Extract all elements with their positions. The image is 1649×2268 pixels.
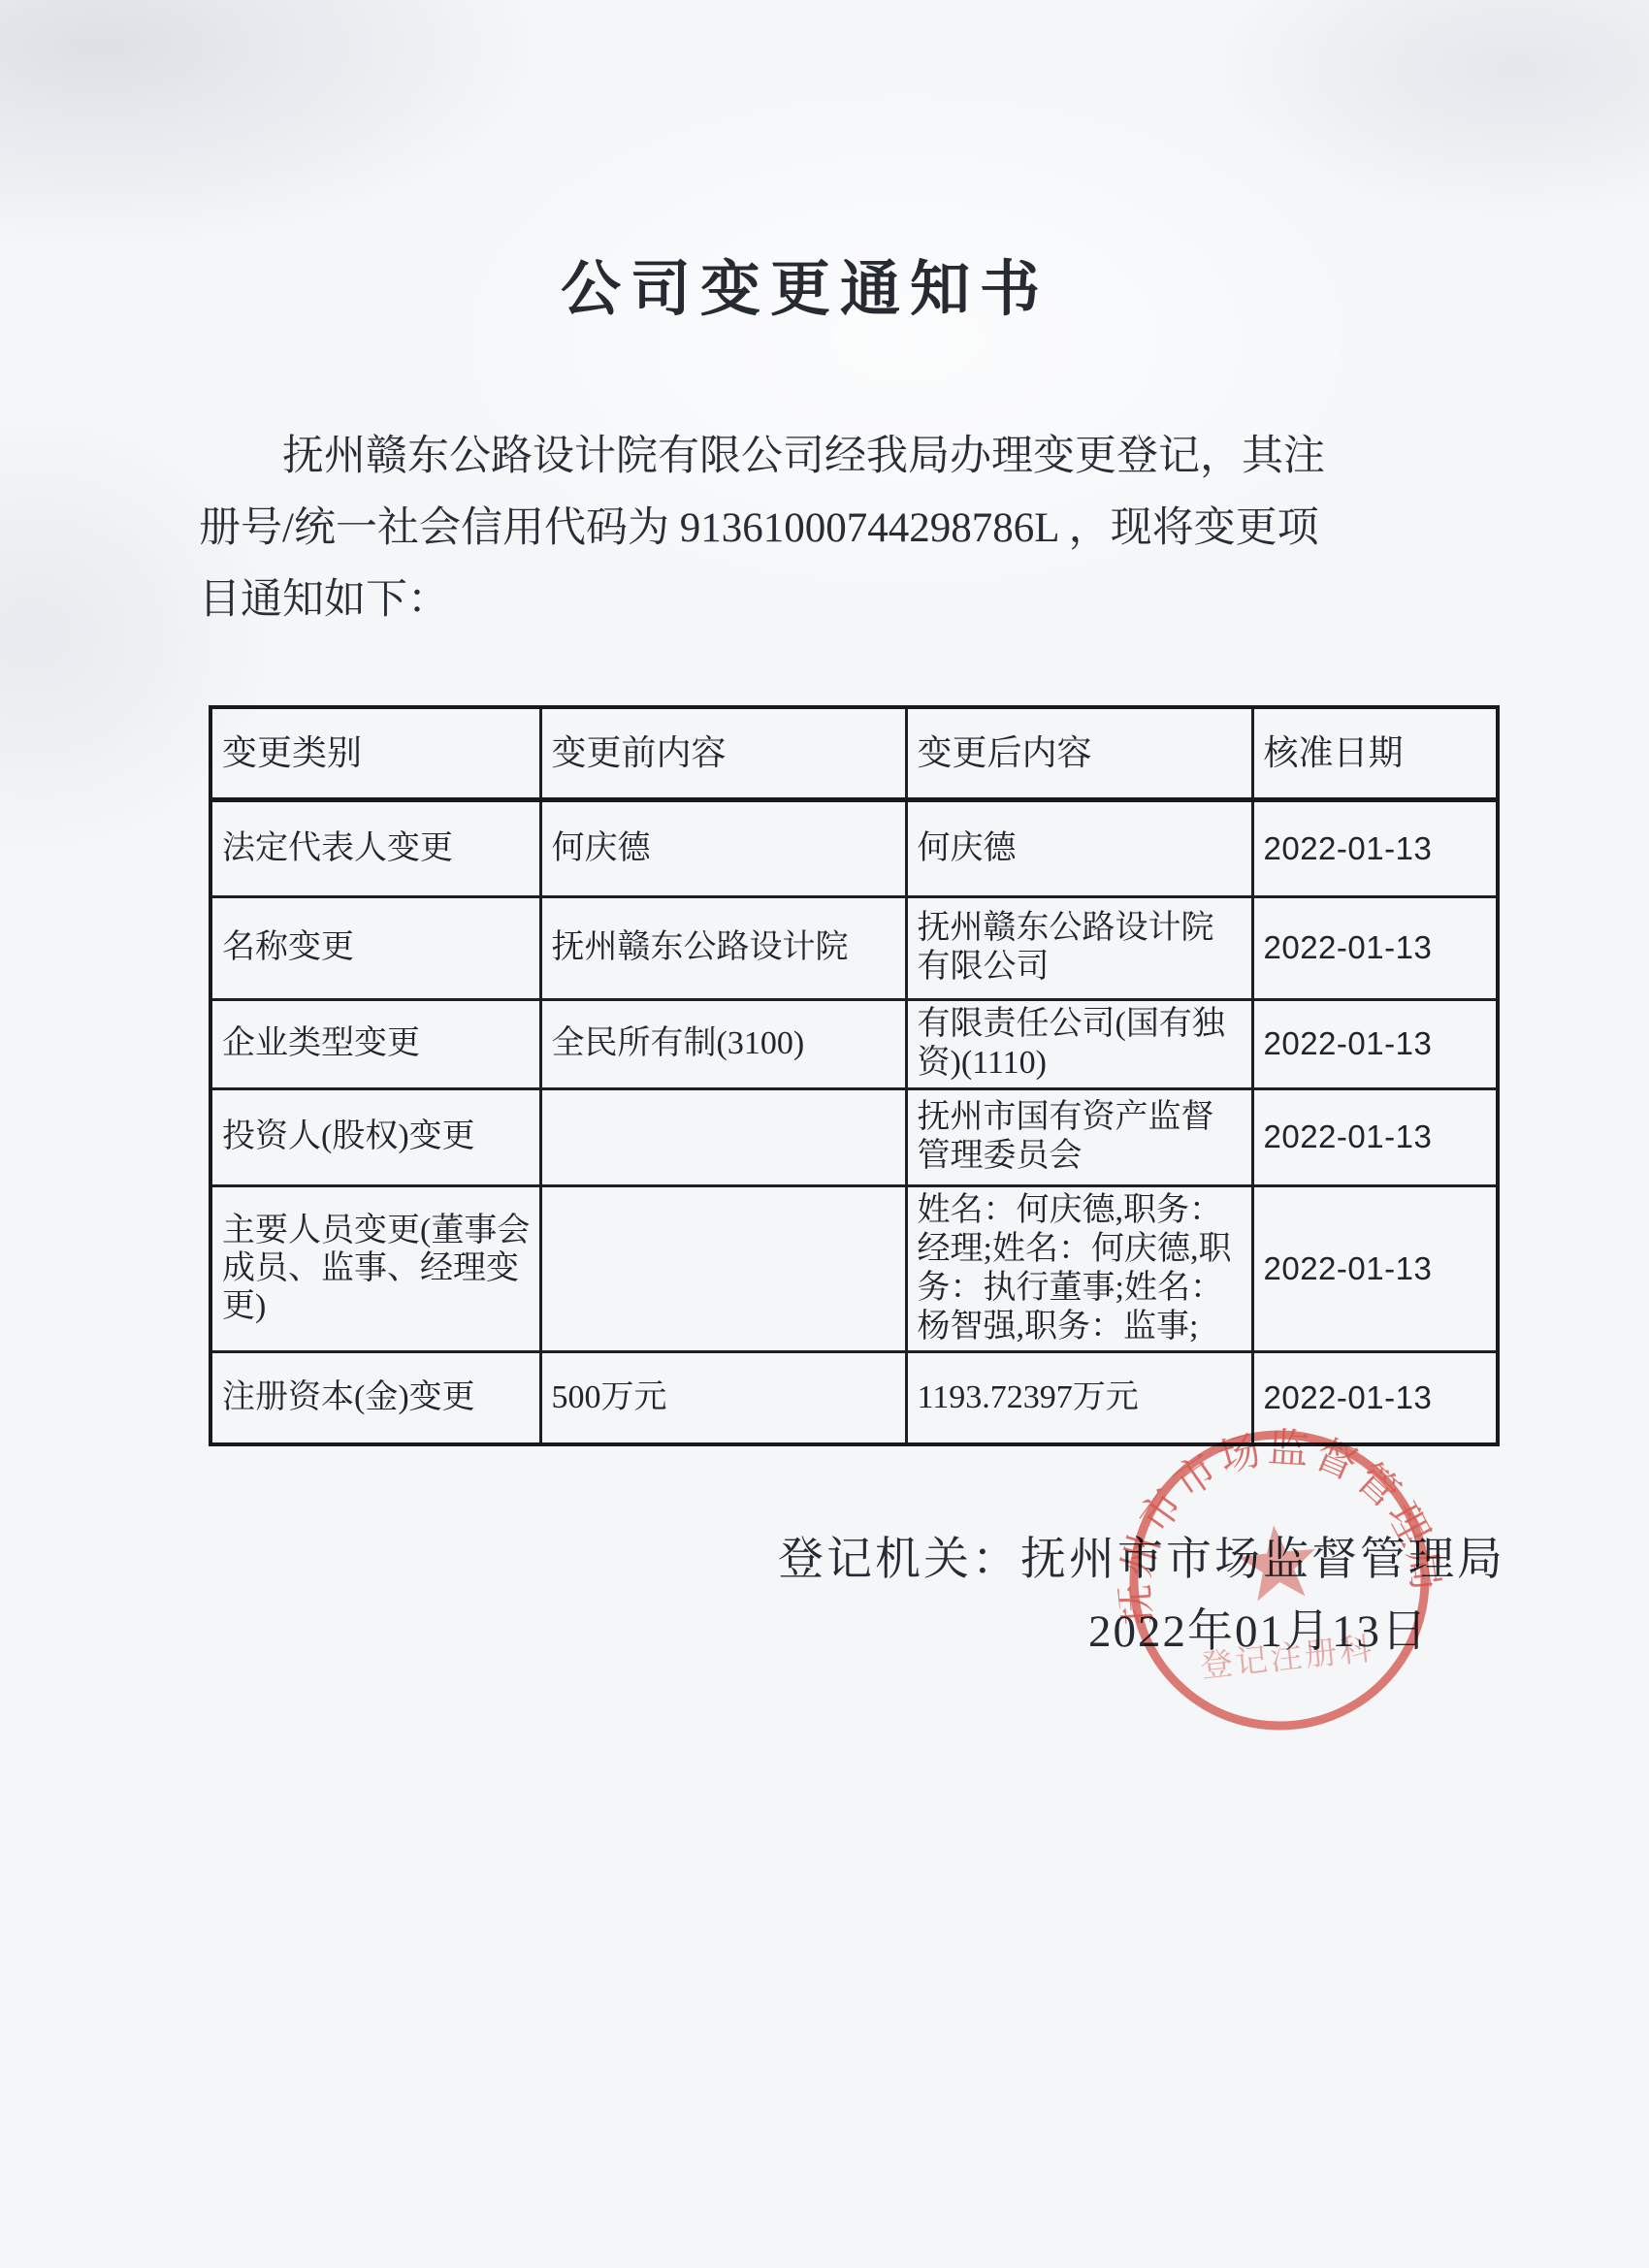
- header-change-category: 变更类别: [210, 707, 540, 799]
- cell-date: 2022-01-13: [1252, 799, 1498, 896]
- cell-before: 500万元: [540, 1351, 906, 1444]
- scanned-document-page: 公司变更通知书 抚州赣东公路设计院有限公司经我局办理变更登记，其注 册号/统一社…: [0, 0, 1649, 2268]
- table-header-row: 变更类别 变更前内容 变更后内容 核准日期: [210, 707, 1498, 799]
- cell-category: 主要人员变更(董事会成员、监事、经理变更): [210, 1185, 540, 1351]
- document-date: 2022年01月13日: [1088, 1595, 1429, 1660]
- cell-date: 2022-01-13: [1252, 999, 1498, 1088]
- cell-date: 2022-01-13: [1252, 1088, 1498, 1185]
- cell-after: 何庆德: [906, 799, 1252, 896]
- cell-before: [540, 1185, 906, 1351]
- cell-before: [540, 1088, 906, 1185]
- cell-before: 何庆德: [540, 799, 906, 896]
- document-body-paragraph: 抚州赣东公路设计院有限公司经我局办理变更登记，其注 册号/统一社会信用代码为 9…: [199, 421, 1465, 636]
- paragraph-line: 目通知如下：: [199, 565, 1465, 636]
- cell-after: 抚州市国有资产监督管理委员会: [906, 1088, 1252, 1185]
- table-row: 主要人员变更(董事会成员、监事、经理变更) 姓名：何庆德,职务：经理;姓名：何庆…: [210, 1185, 1498, 1351]
- cell-before: 全民所有制(3100): [540, 999, 906, 1088]
- paragraph-line: 抚州赣东公路设计院有限公司经我局办理变更登记，其注: [199, 421, 1465, 493]
- cell-category: 法定代表人变更: [210, 799, 540, 896]
- cell-category: 注册资本(金)变更: [210, 1351, 540, 1444]
- table-row: 企业类型变更 全民所有制(3100) 有限责任公司(国有独资)(1110) 20…: [210, 999, 1498, 1088]
- cell-after: 1193.72397万元: [906, 1351, 1252, 1444]
- header-content-after: 变更后内容: [906, 707, 1252, 799]
- table-row: 投资人(股权)变更 抚州市国有资产监督管理委员会 2022-01-13: [210, 1088, 1498, 1185]
- cell-date: 2022-01-13: [1252, 896, 1498, 999]
- table-row: 法定代表人变更 何庆德 何庆德 2022-01-13: [210, 799, 1498, 896]
- cell-after: 抚州赣东公路设计院有限公司: [906, 896, 1252, 999]
- cell-category: 名称变更: [210, 896, 540, 999]
- cell-after: 姓名：何庆德,职务：经理;姓名：何庆德,职务：执行董事;姓名：杨智强,职务：监事…: [906, 1185, 1252, 1351]
- header-approval-date: 核准日期: [1252, 707, 1498, 799]
- cell-category: 企业类型变更: [210, 999, 540, 1088]
- change-registration-table: 变更类别 变更前内容 变更后内容 核准日期 法定代表人变更 何庆德 何庆德 20…: [209, 705, 1500, 1446]
- table-row: 注册资本(金)变更 500万元 1193.72397万元 2022-01-13: [210, 1351, 1498, 1444]
- registration-authority-line: 登记机关：抚州市市场监督管理局: [778, 1523, 1505, 1588]
- cell-after: 有限责任公司(国有独资)(1110): [906, 999, 1252, 1088]
- table-row: 名称变更 抚州赣东公路设计院 抚州赣东公路设计院有限公司 2022-01-13: [210, 896, 1498, 999]
- paragraph-line: 册号/统一社会信用代码为 91361000744298786L ，现将变更项: [199, 493, 1465, 565]
- cell-date: 2022-01-13: [1252, 1351, 1498, 1444]
- header-content-before: 变更前内容: [540, 707, 906, 799]
- cell-date: 2022-01-13: [1252, 1185, 1498, 1351]
- cell-category: 投资人(股权)变更: [210, 1088, 540, 1185]
- cell-before: 抚州赣东公路设计院: [540, 896, 906, 999]
- document-title: 公司变更通知书: [0, 241, 1610, 327]
